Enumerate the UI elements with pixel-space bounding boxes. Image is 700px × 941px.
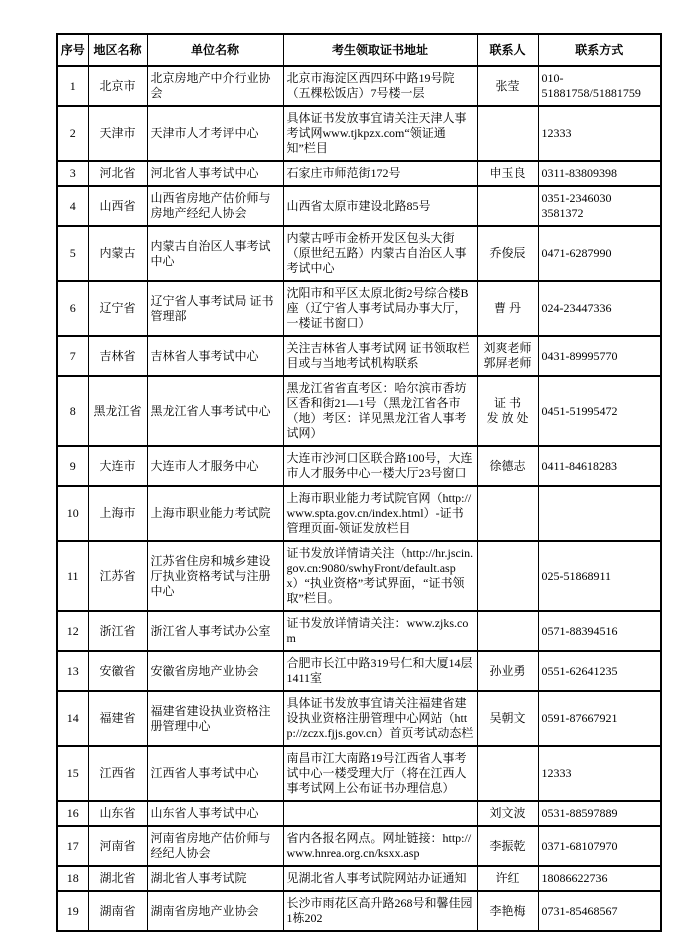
cell-phone: 024-23447336	[538, 281, 661, 336]
cell-num: 12	[57, 611, 88, 651]
cell-contact: 证 书 发 放 处	[477, 376, 538, 446]
cell-unit: 天津市人才考评中心	[147, 106, 283, 161]
table-row: 11江苏省江苏省住房和城乡建设厅执业资格考试与注册中心证书发放详情请关注（htt…	[57, 541, 661, 611]
cell-phone: 0411-84618283	[538, 446, 661, 486]
cell-phone: 18086622736	[538, 866, 661, 891]
cell-contact: 刘爽老师 郭屏老师	[477, 336, 538, 376]
cell-unit: 河南省房地产估价师与经纪人协会	[147, 826, 283, 866]
cell-unit: 河北省人事考试中心	[147, 161, 283, 186]
cell-num: 4	[57, 186, 88, 226]
cell-address: 大连市沙河口区联合路100号，大连市人才服务中心一楼大厅23号窗口	[283, 446, 477, 486]
cell-address: 证书发放详情请关注：www.zjks.com	[283, 611, 477, 651]
cell-address: 石家庄市师范街172号	[283, 161, 477, 186]
cell-unit: 山西省房地产估价师与房地产经纪人协会	[147, 186, 283, 226]
cell-unit: 山东省人事考试中心	[147, 801, 283, 826]
column-header-num: 序号	[57, 34, 88, 66]
cell-contact: 吴朝文	[477, 691, 538, 746]
column-header-address: 考生领取证书地址	[283, 34, 477, 66]
cell-phone: 0471-6287990	[538, 226, 661, 281]
cell-region: 黑龙江省	[88, 376, 147, 446]
cell-num: 11	[57, 541, 88, 611]
column-header-unit: 单位名称	[147, 34, 283, 66]
table-row: 15江西省江西省人事考试中心南昌市江大南路19号江西省人事考试中心一楼受理大厅（…	[57, 746, 661, 801]
table-row: 12浙江省浙江省人事考试办公室证书发放详情请关注：www.zjks.com057…	[57, 611, 661, 651]
cell-phone: 0371-68107970	[538, 826, 661, 866]
cell-num: 19	[57, 891, 88, 931]
cell-contact	[477, 746, 538, 801]
cell-region: 浙江省	[88, 611, 147, 651]
cell-address: 证书发放详情请关注（http://hr.jscin.gov.cn:9080/sw…	[283, 541, 477, 611]
table-body: 1北京市北京房地产中介行业协会北京市海淀区西四环中路19号院（五棵松饭店）7号楼…	[57, 66, 661, 931]
cell-address: 山西省太原市建设北路85号	[283, 186, 477, 226]
cell-contact: 张莹	[477, 66, 538, 106]
cell-num: 9	[57, 446, 88, 486]
cell-region: 湖南省	[88, 891, 147, 931]
table-row: 2天津市天津市人才考评中心具体证书发放事宜请关注天津人事考试网www.tjkpz…	[57, 106, 661, 161]
cell-phone: 0451-51995472	[538, 376, 661, 446]
cell-address: 具体证书发放事宜请关注福建省建设执业资格注册管理中心网站（http://zczx…	[283, 691, 477, 746]
cell-unit: 福建省建设执业资格注册管理中心	[147, 691, 283, 746]
cell-region: 天津市	[88, 106, 147, 161]
cell-phone: 12333	[538, 106, 661, 161]
cell-region: 北京市	[88, 66, 147, 106]
cell-address: 北京市海淀区西四环中路19号院（五棵松饭店）7号楼一层	[283, 66, 477, 106]
cell-contact: 申玉良	[477, 161, 538, 186]
cell-num: 13	[57, 651, 88, 691]
cell-unit: 吉林省人事考试中心	[147, 336, 283, 376]
cell-region: 河南省	[88, 826, 147, 866]
cell-contact: 徐德志	[477, 446, 538, 486]
cell-contact	[477, 486, 538, 541]
cell-num: 18	[57, 866, 88, 891]
cell-region: 山西省	[88, 186, 147, 226]
cell-region: 江西省	[88, 746, 147, 801]
cell-region: 河北省	[88, 161, 147, 186]
table-row: 1北京市北京房地产中介行业协会北京市海淀区西四环中路19号院（五棵松饭店）7号楼…	[57, 66, 661, 106]
table-row: 13安徽省安徽省房地产业协会合肥市长江中路319号仁和大厦14层1411室孙业勇…	[57, 651, 661, 691]
cell-unit: 北京房地产中介行业协会	[147, 66, 283, 106]
cell-unit: 浙江省人事考试办公室	[147, 611, 283, 651]
cell-phone: 0591-87667921	[538, 691, 661, 746]
cell-region: 上海市	[88, 486, 147, 541]
cell-region: 内蒙古	[88, 226, 147, 281]
cell-region: 吉林省	[88, 336, 147, 376]
cell-num: 6	[57, 281, 88, 336]
cell-contact: 孙业勇	[477, 651, 538, 691]
cell-phone: 025-51868911	[538, 541, 661, 611]
cell-num: 16	[57, 801, 88, 826]
cell-unit: 内蒙古自治区人事考试中心	[147, 226, 283, 281]
cell-address: 长沙市雨花区高升路268号和馨佳园1栋202	[283, 891, 477, 931]
cell-phone: 0531-88597889	[538, 801, 661, 826]
cell-contact: 曹 丹	[477, 281, 538, 336]
cell-phone: 12333	[538, 746, 661, 801]
cell-phone: 0351-2346030 3581372	[538, 186, 661, 226]
cell-region: 辽宁省	[88, 281, 147, 336]
cell-address: 省内各报名网点。网址链接：http://www.hnrea.org.cn/ksx…	[283, 826, 477, 866]
table-row: 10上海市上海市职业能力考试院上海市职业能力考试院官网（http://www.s…	[57, 486, 661, 541]
cell-region: 安徽省	[88, 651, 147, 691]
table-row: 7吉林省吉林省人事考试中心关注吉林省人事考试网 证书领取栏目或与当地考试机构联系…	[57, 336, 661, 376]
cell-contact: 乔俊辰	[477, 226, 538, 281]
table-row: 16山东省山东省人事考试中心刘文波0531-88597889	[57, 801, 661, 826]
table-row: 18湖北省湖北省人事考试院见湖北省人事考试院网站办证通知许红1808662273…	[57, 866, 661, 891]
cell-contact: 李艳梅	[477, 891, 538, 931]
cell-contact: 刘文波	[477, 801, 538, 826]
table-row: 9大连市大连市人才服务中心大连市沙河口区联合路100号，大连市人才服务中心一楼大…	[57, 446, 661, 486]
cell-address	[283, 801, 477, 826]
cell-address: 南昌市江大南路19号江西省人事考试中心一楼受理大厅（将在江西人事考试网上公布证书…	[283, 746, 477, 801]
cell-region: 大连市	[88, 446, 147, 486]
cell-phone	[538, 486, 661, 541]
cell-num: 10	[57, 486, 88, 541]
cell-region: 福建省	[88, 691, 147, 746]
table-row: 14福建省福建省建设执业资格注册管理中心具体证书发放事宜请关注福建省建设执业资格…	[57, 691, 661, 746]
column-header-contact: 联系人	[477, 34, 538, 66]
cell-contact	[477, 186, 538, 226]
cell-address: 具体证书发放事宜请关注天津人事考试网www.tjkpzx.com“领证通知”栏目	[283, 106, 477, 161]
cell-unit: 江苏省住房和城乡建设厅执业资格考试与注册中心	[147, 541, 283, 611]
table-row: 4山西省山西省房地产估价师与房地产经纪人协会山西省太原市建设北路85号0351-…	[57, 186, 661, 226]
cell-num: 14	[57, 691, 88, 746]
cell-phone: 010- 51881758/51881759	[538, 66, 661, 106]
column-header-phone: 联系方式	[538, 34, 661, 66]
cell-contact	[477, 611, 538, 651]
cell-phone: 0731-85468567	[538, 891, 661, 931]
cell-contact	[477, 541, 538, 611]
table-row: 3河北省河北省人事考试中心石家庄市师范街172号申玉良0311-83809398	[57, 161, 661, 186]
cell-address: 见湖北省人事考试院网站办证通知	[283, 866, 477, 891]
table-row: 5内蒙古内蒙古自治区人事考试中心内蒙古呼市金桥开发区包头大街（原世纪五路）内蒙古…	[57, 226, 661, 281]
cell-num: 7	[57, 336, 88, 376]
cell-num: 3	[57, 161, 88, 186]
cell-phone: 0571-88394516	[538, 611, 661, 651]
cell-address: 内蒙古呼市金桥开发区包头大街（原世纪五路）内蒙古自治区人事考试中心	[283, 226, 477, 281]
header-row: 序号地区名称单位名称考生领取证书地址联系人联系方式	[57, 34, 661, 66]
cell-num: 2	[57, 106, 88, 161]
cell-contact	[477, 106, 538, 161]
cell-unit: 黑龙江省人事考试中心	[147, 376, 283, 446]
cell-address: 合肥市长江中路319号仁和大厦14层1411室	[283, 651, 477, 691]
cell-region: 江苏省	[88, 541, 147, 611]
cell-num: 15	[57, 746, 88, 801]
cell-address: 关注吉林省人事考试网 证书领取栏目或与当地考试机构联系	[283, 336, 477, 376]
cell-unit: 湖北省人事考试院	[147, 866, 283, 891]
cell-phone: 0431-89995770	[538, 336, 661, 376]
cell-num: 17	[57, 826, 88, 866]
cell-unit: 江西省人事考试中心	[147, 746, 283, 801]
certificate-collection-table: 序号地区名称单位名称考生领取证书地址联系人联系方式 1北京市北京房地产中介行业协…	[56, 33, 662, 932]
table-row: 8黑龙江省黑龙江省人事考试中心黑龙江省省直考区：哈尔滨市香坊区香和街21—1号（…	[57, 376, 661, 446]
cell-contact: 李振乾	[477, 826, 538, 866]
column-header-region: 地区名称	[88, 34, 147, 66]
cell-address: 沈阳市和平区太原北街2号综合楼B座（辽宁省人事考试局办事大厅，一楼证书窗口）	[283, 281, 477, 336]
table-row: 19湖南省湖南省房地产业协会长沙市雨花区高升路268号和馨佳园1栋202李艳梅0…	[57, 891, 661, 931]
cell-unit: 大连市人才服务中心	[147, 446, 283, 486]
cell-num: 8	[57, 376, 88, 446]
cell-contact: 许红	[477, 866, 538, 891]
cell-unit: 辽宁省人事考试局 证书管理部	[147, 281, 283, 336]
table-header: 序号地区名称单位名称考生领取证书地址联系人联系方式	[57, 34, 661, 66]
cell-address: 上海市职业能力考试院官网（http://www.spta.gov.cn/inde…	[283, 486, 477, 541]
cell-region: 湖北省	[88, 866, 147, 891]
cell-num: 1	[57, 66, 88, 106]
cell-unit: 湖南省房地产业协会	[147, 891, 283, 931]
cell-num: 5	[57, 226, 88, 281]
cell-region: 山东省	[88, 801, 147, 826]
table-row: 17河南省河南省房地产估价师与经纪人协会省内各报名网点。网址链接：http://…	[57, 826, 661, 866]
cell-phone: 0551-62641235	[538, 651, 661, 691]
table-row: 6辽宁省辽宁省人事考试局 证书管理部沈阳市和平区太原北街2号综合楼B座（辽宁省人…	[57, 281, 661, 336]
document-page: 序号地区名称单位名称考生领取证书地址联系人联系方式 1北京市北京房地产中介行业协…	[0, 0, 700, 941]
cell-unit: 上海市职业能力考试院	[147, 486, 283, 541]
cell-phone: 0311-83809398	[538, 161, 661, 186]
cell-unit: 安徽省房地产业协会	[147, 651, 283, 691]
cell-address: 黑龙江省省直考区：哈尔滨市香坊区香和街21—1号（黑龙江省各市（地）考区：详见黑…	[283, 376, 477, 446]
